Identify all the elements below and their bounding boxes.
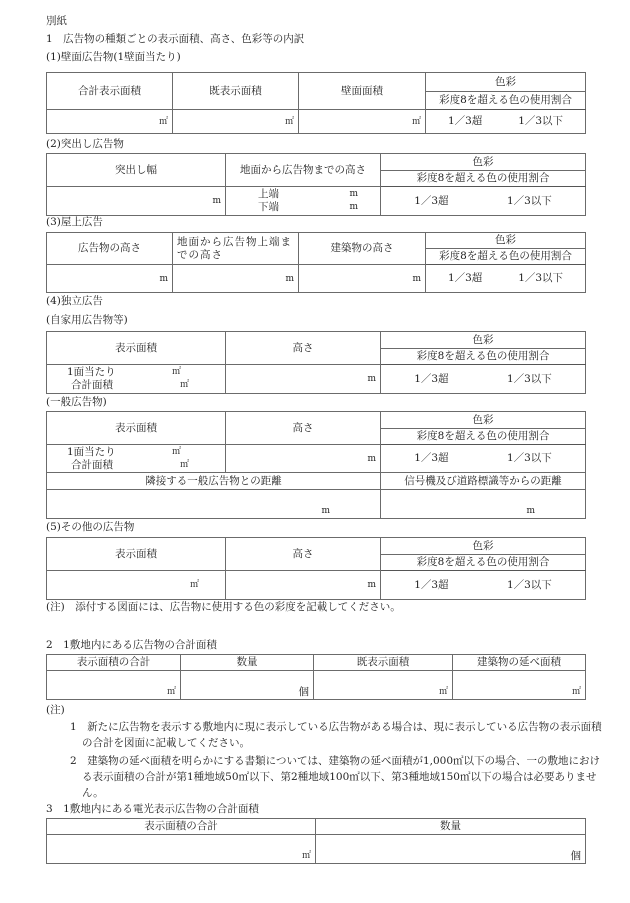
rooftop-table: 広告物の高さ 地面から広告物上端までの高さ 建築物の高さ 色彩 彩度8を超える色… — [46, 232, 586, 293]
header-distance-signals: 信号機及び道路標識等からの距離 — [381, 473, 586, 490]
total-display-area-field[interactable]: ㎡ — [47, 835, 316, 864]
header-color: 色彩 — [381, 332, 586, 349]
rooftop-section-title: (3)屋上広告 — [46, 215, 103, 229]
building-height-field[interactable]: m — [299, 265, 426, 293]
height-from-ground-field[interactable]: 上端m 下端m — [226, 187, 381, 216]
header-display-area: 表示面積 — [47, 332, 226, 365]
header-sign-height: 広告物の高さ — [47, 233, 173, 265]
distance-adjacent-field[interactable]: m — [47, 490, 381, 519]
header-wall-area: 壁面面積 — [299, 73, 426, 110]
color-ratio-field[interactable]: 1／3超1／3以下 — [426, 265, 586, 293]
site-total-area-table: 表示面積の合計 数量 既表示面積 建築物の延べ面積 ㎡ 個 ㎡ ㎡ — [46, 654, 586, 700]
height-to-top-field[interactable]: m — [173, 265, 299, 293]
option-third-or-less[interactable]: 1／3以下 — [507, 452, 552, 465]
option-over-third[interactable]: 1／3超 — [448, 115, 482, 128]
distance-signals-field[interactable]: m — [381, 490, 586, 519]
header-color-ratio: 彩度8を超える色の使用割合 — [381, 171, 586, 187]
option-third-or-less[interactable]: 1／3以下 — [518, 115, 563, 128]
header-display-area: 表示面積 — [47, 538, 226, 571]
section2-note-1: 1 新たに広告物を表示する敷地内に現に表示している広告物がある場合は、現に表示し… — [58, 719, 610, 751]
color-ratio-field[interactable]: 1／3超1／3以下 — [381, 445, 586, 473]
header-existing-area: 既表示面積 — [314, 655, 453, 671]
quantity-field[interactable]: 個 — [181, 671, 314, 700]
header-distance-adjacent: 隣接する一般広告物との距離 — [47, 473, 381, 490]
header-height-from-ground: 地面から広告物までの高さ — [226, 154, 381, 187]
top-edge-label: 上端 — [258, 188, 279, 201]
header-quantity: 数量 — [316, 819, 586, 835]
color-ratio-field[interactable]: 1／3超1／3以下 — [381, 571, 586, 600]
projecting-table: 突出し幅 地面から広告物までの高さ 色彩 彩度8を超える色の使用割合 m 上端m… — [46, 153, 586, 216]
display-area-field[interactable]: ㎡ — [47, 571, 226, 600]
general-signs-title: (一般広告物) — [46, 395, 107, 409]
bottom-edge-label: 下端 — [258, 201, 279, 214]
sign-height-field[interactable]: m — [47, 265, 173, 293]
header-quantity: 数量 — [181, 655, 314, 671]
header-color-ratio: 彩度8を超える色の使用割合 — [426, 249, 586, 265]
option-third-or-less[interactable]: 1／3以下 — [507, 195, 552, 208]
header-display-area: 表示面積 — [47, 412, 226, 445]
private-freestanding-table: 表示面積 高さ 色彩 彩度8を超える色の使用割合 1面当たり㎡ 合計面積㎡ m … — [46, 331, 586, 394]
height-field[interactable]: m — [226, 571, 381, 600]
header-total-area: 合計表示面積 — [47, 73, 173, 110]
header-height: 高さ — [226, 332, 381, 365]
header-height: 高さ — [226, 412, 381, 445]
header-color-ratio: 彩度8を超える色の使用割合 — [381, 429, 586, 445]
freestanding-section-title: (4)独立広告 — [46, 294, 103, 308]
quantity-field[interactable]: 個 — [316, 835, 586, 864]
header-height-to-top: 地面から広告物上端までの高さ — [173, 233, 299, 265]
total-display-area-field[interactable]: ㎡ — [47, 671, 181, 700]
option-over-third[interactable]: 1／3超 — [414, 579, 448, 592]
electric-signs-table: 表示面積の合計 数量 ㎡ 個 — [46, 818, 586, 864]
color-ratio-field[interactable]: 1／3超1／3以下 — [381, 187, 586, 216]
header-projection-width: 突出し幅 — [47, 154, 226, 187]
header-total-display-area: 表示面積の合計 — [47, 655, 181, 671]
other-signs-table: 表示面積 高さ 色彩 彩度8を超える色の使用割合 ㎡ m 1／3超1／3以下 — [46, 537, 586, 600]
per-face-label: 1面当たり — [67, 446, 116, 459]
header-floor-area: 建築物の延べ面積 — [453, 655, 586, 671]
option-third-or-less[interactable]: 1／3以下 — [507, 579, 552, 592]
option-over-third[interactable]: 1／3超 — [448, 272, 482, 285]
height-field[interactable]: m — [226, 365, 381, 394]
header-color: 色彩 — [426, 233, 586, 249]
header-color: 色彩 — [381, 412, 586, 429]
section2-note-2: 2 建築物の延べ面積を明らかにする書類については、建築物の延べ面積が1,000㎡… — [58, 753, 610, 801]
header-color: 色彩 — [381, 538, 586, 555]
option-third-or-less[interactable]: 1／3以下 — [518, 272, 563, 285]
header-total-display-area: 表示面積の合計 — [47, 819, 316, 835]
general-freestanding-table: 表示面積 高さ 色彩 彩度8を超える色の使用割合 1面当たり㎡ 合計面積㎡ m … — [46, 411, 586, 519]
projecting-section-title: (2)突出し広告物 — [46, 137, 124, 151]
per-face-label: 1面当たり — [67, 366, 116, 379]
color-ratio-field[interactable]: 1／3超1／3以下 — [426, 110, 586, 134]
attachment-label: 別紙 — [46, 14, 67, 28]
header-color-ratio: 彩度8を超える色の使用割合 — [381, 349, 586, 365]
section3-title: 3 1敷地内にある電光表示広告物の合計面積 — [46, 802, 259, 816]
color-ratio-field[interactable]: 1／3超1／3以下 — [381, 365, 586, 394]
wall-section-title: (1)壁面広告物(1壁面当たり) — [46, 50, 181, 64]
header-building-height: 建築物の高さ — [299, 233, 426, 265]
section2-title: 2 1敷地内にある広告物の合計面積 — [46, 638, 217, 652]
saturation-note: (注) 添付する図面には、広告物に使用する色の彩度を記載してください。 — [46, 600, 401, 614]
section2-notes-label: (注) — [46, 703, 65, 717]
total-area-label: 合計面積 — [71, 459, 113, 472]
existing-area-field[interactable]: ㎡ — [173, 110, 299, 134]
display-area-field[interactable]: 1面当たり㎡ 合計面積㎡ — [47, 445, 226, 473]
existing-area-field[interactable]: ㎡ — [314, 671, 453, 700]
header-existing-area: 既表示面積 — [173, 73, 299, 110]
option-over-third[interactable]: 1／3超 — [414, 195, 448, 208]
header-color: 色彩 — [381, 154, 586, 171]
total-area-label: 合計面積 — [71, 379, 113, 392]
wall-table: 合計表示面積 既表示面積 壁面面積 色彩 彩度8を超える色の使用割合 ㎡ ㎡ ㎡… — [46, 72, 586, 134]
option-over-third[interactable]: 1／3超 — [414, 373, 448, 386]
section1-title: 1 広告物の種類ごとの表示面積、高さ、色彩等の内訳 — [46, 32, 304, 46]
header-height: 高さ — [226, 538, 381, 571]
option-over-third[interactable]: 1／3超 — [414, 452, 448, 465]
option-third-or-less[interactable]: 1／3以下 — [507, 373, 552, 386]
header-color-ratio: 彩度8を超える色の使用割合 — [381, 555, 586, 571]
private-signs-title: (自家用広告物等) — [46, 313, 128, 327]
header-color: 色彩 — [426, 73, 586, 92]
projection-width-field[interactable]: m — [47, 187, 226, 216]
total-area-field[interactable]: ㎡ — [47, 110, 173, 134]
header-color-ratio: 彩度8を超える色の使用割合 — [426, 92, 586, 110]
wall-area-field[interactable]: ㎡ — [299, 110, 426, 134]
display-area-field[interactable]: 1面当たり㎡ 合計面積㎡ — [47, 365, 226, 394]
other-section-title: (5)その他の広告物 — [46, 520, 134, 534]
floor-area-field[interactable]: ㎡ — [453, 671, 586, 700]
height-field[interactable]: m — [226, 445, 381, 473]
